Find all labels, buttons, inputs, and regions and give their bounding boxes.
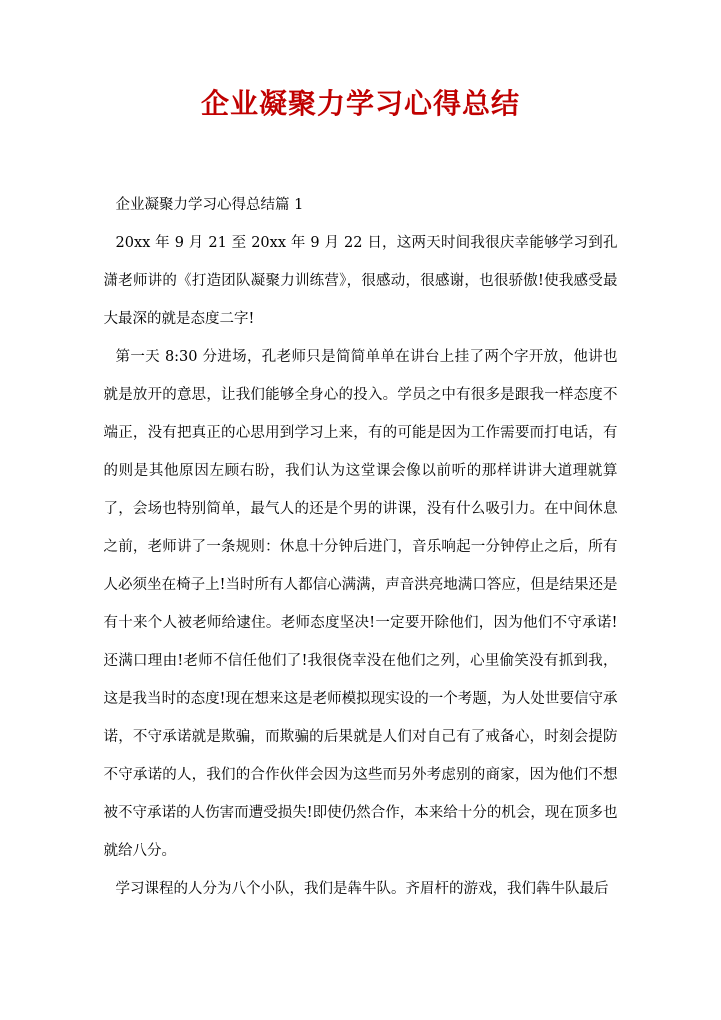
paragraph: 20xx 年 9 月 21 至 20xx 年 9 月 22 日，这两天时间我很庆… bbox=[104, 224, 618, 338]
paragraph-section-heading: 企业凝聚力学习心得总结篇 1 bbox=[104, 186, 618, 224]
document-body: 企业凝聚力学习心得总结篇 1 20xx 年 9 月 21 至 20xx 年 9 … bbox=[104, 186, 618, 908]
document-page: 企业凝聚力学习心得总结 企业凝聚力学习心得总结篇 1 20xx 年 9 月 21… bbox=[0, 0, 721, 1020]
paragraph: 学习课程的人分为八个小队，我们是犇牛队。齐眉杆的游戏，我们犇牛队最后 bbox=[104, 870, 618, 908]
document-title: 企业凝聚力学习心得总结 bbox=[0, 0, 721, 122]
paragraph: 第一天 8:30 分进场，孔老师只是简简单单在讲台上挂了两个字开放，他讲也就是放… bbox=[104, 338, 618, 870]
